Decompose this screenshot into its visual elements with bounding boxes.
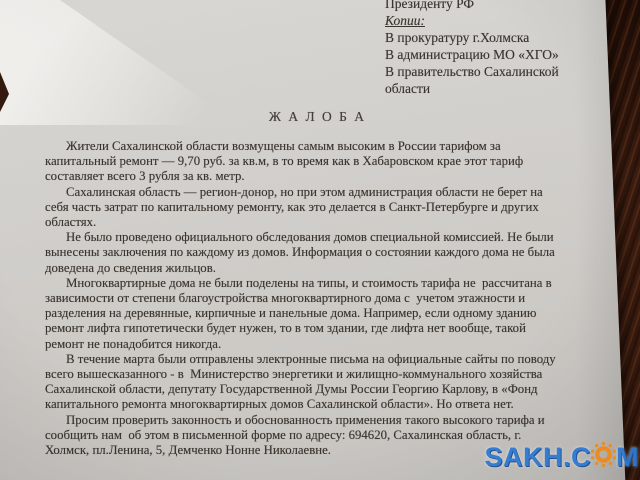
- watermark-text-right: M: [616, 442, 639, 473]
- paper-sheet-wrap: Президенту РФ Копии: В прокуратуру г.Хол…: [0, 0, 640, 480]
- text-line: капитальный ремонт — 9,70 руб. за кв.м, …: [45, 154, 601, 169]
- addressee-line: Президенту РФ: [385, 0, 559, 12]
- letter-header: Президенту РФ Копии: В прокуратуру г.Хол…: [385, 0, 559, 97]
- paragraph: Сахалинская область — регион-донор, но п…: [45, 185, 601, 231]
- text-line: В течение марта были отправлены электрон…: [45, 352, 601, 367]
- sakhcom-watermark: SAKH.C M: [484, 440, 639, 474]
- text-line: Сахалинская область — регион-донор, но п…: [45, 185, 601, 200]
- text-line: вынесены заключения по каждому из домов.…: [45, 245, 601, 260]
- text-line: всего вышесказанного - в Министерство эн…: [45, 367, 601, 382]
- paper-sheet: Президенту РФ Копии: В прокуратуру г.Хол…: [0, 0, 640, 480]
- watermark-text-left: SAKH.C: [484, 442, 591, 473]
- text-line: Жители Сахалинской области возмущены сам…: [45, 139, 601, 154]
- text-line: капитального ремонта многоквартирных дом…: [45, 397, 601, 412]
- text-line: разделения на деревянные, кирпичные и па…: [45, 306, 601, 321]
- copy-line: В администрацию МО «ХГО»: [385, 46, 559, 63]
- copy-line: В прокуратуру г.Холмска: [385, 29, 559, 46]
- text-line: Просим проверить законность и обоснованн…: [45, 413, 601, 428]
- paragraph: Многоквартирные дома не были поделены на…: [45, 276, 601, 352]
- text-line: областях.: [45, 215, 601, 230]
- copy-line: области: [385, 80, 559, 97]
- letter-body: Жители Сахалинской области возмущены сам…: [45, 139, 601, 458]
- text-line: Многоквартирные дома не были поделены на…: [45, 276, 601, 291]
- text-line: ремонт лифта гипотетически будет нужен, …: [45, 321, 601, 336]
- paragraph: Не было проведено официального обследова…: [45, 230, 601, 276]
- text-line: себя часть затрат по капитальному ремонт…: [45, 200, 601, 215]
- text-line: составляет всего 3 рубля за кв. метр.: [45, 169, 601, 184]
- copies-list: В прокуратуру г.ХолмскаВ администрацию М…: [385, 29, 559, 97]
- sun-icon: [590, 441, 617, 475]
- complaint-title: Ж А Л О Б А: [45, 109, 590, 125]
- copy-line: В правительство Сахалинской: [385, 63, 559, 80]
- paragraph: Жители Сахалинской области возмущены сам…: [45, 139, 601, 185]
- paragraph: В течение марта были отправлены электрон…: [45, 352, 601, 413]
- text-line: Сахалинской области, депутату Государств…: [45, 382, 601, 397]
- text-line: Не было проведено официального обследова…: [45, 230, 601, 245]
- text-line: ремонт не понадобится никогда.: [45, 337, 601, 352]
- text-line: доведена до сведения жильцов.: [45, 261, 601, 276]
- copies-label: Копии:: [385, 12, 559, 29]
- text-line: зависимости от степени благоустройства м…: [45, 291, 601, 306]
- complaint-letter: Президенту РФ Копии: В прокуратуру г.Хол…: [0, 0, 640, 480]
